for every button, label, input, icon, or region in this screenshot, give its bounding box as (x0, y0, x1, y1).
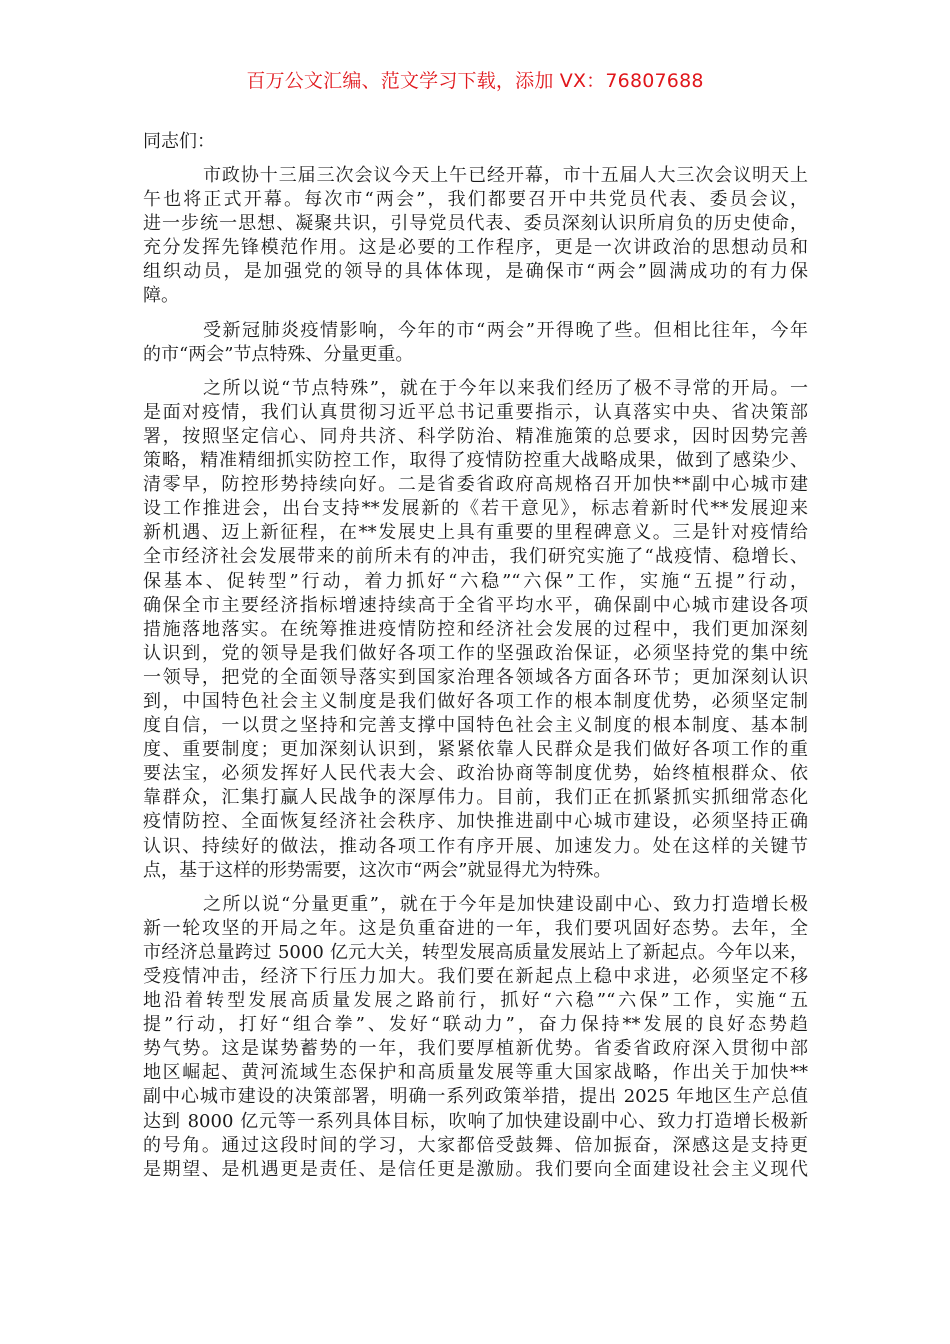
text-line: 确保全市主要经济指标增速持续高于全省平均水平，确保副中心城市建设各项 (143, 594, 808, 618)
text-line: 点，基于这样的形势需要，这次市“两会”就显得尤为特殊。 (143, 859, 808, 883)
text-line: 是面对疫情，我们认真贯彻习近平总书记重要指示，认真落实中央、省决策部 (143, 401, 808, 425)
text-line: 达到 8000 亿元等一系列具体目标，吹响了加快建设副中心、致力打造增长极新 (143, 1110, 808, 1134)
text-line: 新机遇、迈上新征程，在**发展史上具有重要的里程碑意义。三是针对疫情给 (143, 521, 808, 545)
text-line: 度自信，一以贯之坚持和完善支撑中国特色社会主义制度的根本制度、基本制 (143, 714, 808, 738)
text-line: 清零早，防控形势持续向好。二是省委省政府高规格召开加快**副中心城市建 (143, 473, 808, 497)
paragraph-opening: 市政协十三届三次会议今天上午已经开幕，市十五届人大三次会议明天上 午也将正式开幕… (143, 164, 808, 309)
text-line: 地区崛起、黄河流域生态保护和高质量发展等重大国家战略，作出关于加快** (143, 1061, 808, 1085)
text-line: 障。 (143, 284, 808, 308)
paragraph-greater-weight: 之所以说“分量更重”，就在于今年是加快建设副中心、致力打造增长极 新一轮攻坚的开… (143, 893, 808, 1182)
text-line: 新一轮攻坚的开局之年。这是负重奋进的一年，我们要巩固好态势。去年，全 (143, 917, 808, 941)
text-line: 副中心城市建设的决策部署，明确一系列政策举措，提出 2025 年地区生产总值 (143, 1085, 808, 1109)
text-line: 势气势。这是谋势蓄势的一年，我们要厚植新优势。省委省政府深入贯彻中部 (143, 1037, 808, 1061)
text-line: 一领导，把党的全面领导落实到国家治理各领域各方面各环节；更加深刻认识 (143, 666, 808, 690)
text-line: 的号角。通过这段时间的学习，大家都倍受鼓舞、倍加振奋，深感这是支持更 (143, 1134, 808, 1158)
text-line: 度、重要制度；更加深刻认识到，紧紧依靠人民群众是我们做好各项工作的重 (143, 738, 808, 762)
text-line: 署，按照坚定信心、同舟共济、科学防治、精准施策的总要求，因时因势完善 (143, 425, 808, 449)
text-line: 的市“两会”节点特殊、分量更重。 (143, 343, 808, 367)
paragraph-special-juncture: 之所以说“节点特殊”，就在于今年以来我们经历了极不寻常的开局。一 是面对疫情，我… (143, 377, 808, 883)
text-line: 认识到，党的领导是我们做好各项工作的坚强政治保证，必须坚持党的集中统 (143, 642, 808, 666)
text-line: 设工作推进会，出台支持**发展新的《若干意见》，标志着新时代**发展迎来 (143, 497, 808, 521)
text-line: 要法宝，必须发挥好人民代表大会、政治协商等制度优势，始终植根群众、依 (143, 762, 808, 786)
text-line: 市政协十三届三次会议今天上午已经开幕，市十五届人大三次会议明天上 (143, 164, 808, 188)
text-line: 市经济总量跨过 5000 亿元大关，转型发展高质量发展站上了新起点。今年以来， (143, 941, 808, 965)
text-line: 进一步统一思想、凝聚共识，引导党员代表、委员深刻认识所肩负的历史使命， (143, 212, 808, 236)
document-page: 百万公文汇编、范文学习下载，添加 VX：76807688 同志们： 市政协十三届… (0, 0, 950, 1344)
text-line: 提”行动，打好“组合拳”、发好“联动力”，奋力保持**发展的良好态势趋 (143, 1013, 808, 1037)
text-line: 到，中国特色社会主义制度是我们做好各项工作的根本制度优势，必须坚定制 (143, 690, 808, 714)
text-line: 靠群众，汇集打赢人民战争的深厚伟力。目前，我们正在抓紧抓实抓细常态化 (143, 786, 808, 810)
text-line: 认识、持续好的做法，推动各项工作有序开展、加速发力。处在这样的关键节 (143, 835, 808, 859)
text-line: 疫情防控、全面恢复经济社会秩序、加快推进副中心城市建设，必须坚持正确 (143, 810, 808, 834)
text-line: 之所以说“分量更重”，就在于今年是加快建设副中心、致力打造增长极 (143, 893, 808, 917)
text-line: 地沿着转型发展高质量发展之路前行，抓好“六稳”“六保”工作，实施“五 (143, 989, 808, 1013)
text-line: 之所以说“节点特殊”，就在于今年以来我们经历了极不寻常的开局。一 (143, 377, 808, 401)
text-line: 全市经济社会发展带来的前所未有的冲击，我们研究实施了“战疫情、稳增长、 (143, 545, 808, 569)
text-line: 受新冠肺炎疫情影响，今年的市“两会”开得晚了些。但相比往年，今年 (143, 319, 808, 343)
text-line: 保基本、促转型”行动，着力抓好“六稳”“六保”工作，实施“五提”行动， (143, 570, 808, 594)
document-body: 同志们： 市政协十三届三次会议今天上午已经开幕，市十五届人大三次会议明天上 午也… (143, 130, 808, 1192)
promo-header: 百万公文汇编、范文学习下载，添加 VX：76807688 (0, 66, 950, 93)
text-line: 午也将正式开幕。每次市“两会”，我们都要召开中共党员代表、委员会议， (143, 188, 808, 212)
text-line: 组织动员，是加强党的领导的具体体现，是确保市“两会”圆满成功的有力保 (143, 260, 808, 284)
paragraph-context: 受新冠肺炎疫情影响，今年的市“两会”开得晚了些。但相比往年，今年 的市“两会”节… (143, 319, 808, 367)
text-line: 受疫情冲击，经济下行压力加大。我们要在新起点上稳中求进，必须坚定不移 (143, 965, 808, 989)
text-line: 措施落地落实。在统筹推进疫情防控和经济社会发展的过程中，我们更加深刻 (143, 618, 808, 642)
text-line: 充分发挥先锋模范作用。这是必要的工作程序，更是一次讲政治的思想动员和 (143, 236, 808, 260)
text-line: 策略，精准精细抓实防控工作，取得了疫情防控重大战略成果，做到了感染少、 (143, 449, 808, 473)
salutation: 同志们： (143, 130, 808, 154)
text-line: 是期望、是机遇更是责任、是信任更是激励。我们要向全面建设社会主义现代 (143, 1158, 808, 1182)
